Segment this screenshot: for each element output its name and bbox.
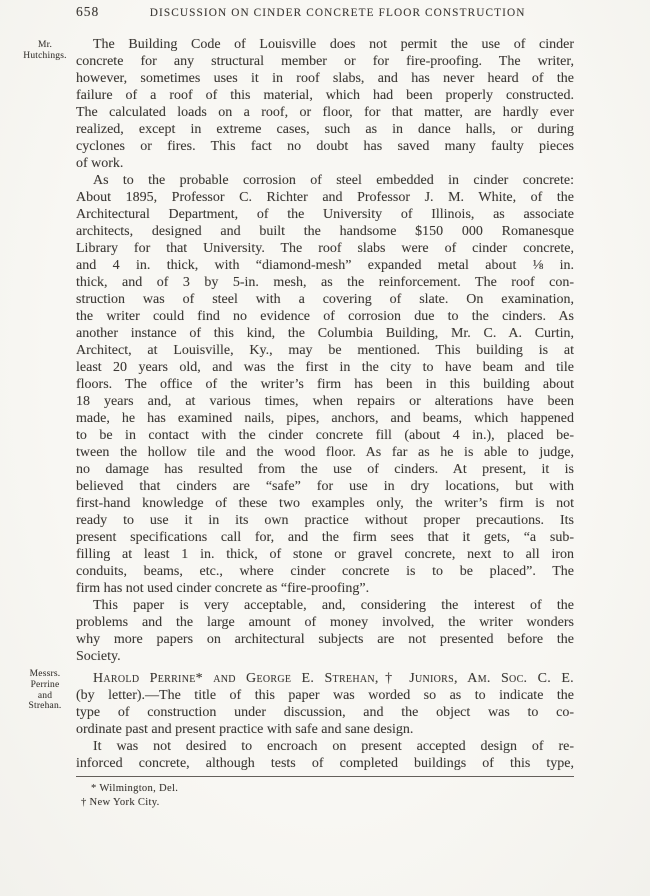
text-line: firm has not used cinder concrete as “fi… xyxy=(76,580,574,597)
text-line: problems and the large amount of money i… xyxy=(76,614,574,631)
text-line: floors. The office of the writer’s firm … xyxy=(76,376,574,393)
text-line: least 20 years old, and was the first in… xyxy=(76,359,574,376)
text-line: About 1895, Professor C. Richter and Pro… xyxy=(76,189,574,206)
text-line: believed that cinders are “safe” for use… xyxy=(76,478,574,495)
text-line: and 4 in. thick, with “diamond-mesh” exp… xyxy=(76,257,574,274)
running-head: 658 DISCUSSION ON CINDER CONCRETE FLOOR … xyxy=(76,4,576,20)
paragraph: It was not desired to encroach on presen… xyxy=(76,738,574,772)
text-line: Society. xyxy=(76,648,574,665)
body-text: The Building Code of Louisville does not… xyxy=(76,36,574,772)
text-line: filling at least 1 in. thick, of stone o… xyxy=(76,546,574,563)
text-line: As to the probable corrosion of steel em… xyxy=(76,172,574,189)
footnote-rule xyxy=(76,776,574,777)
text-line: Harold Perrine* and George E. Strehan,† … xyxy=(76,670,574,687)
text-line: ready to use it in its own practice with… xyxy=(76,512,574,529)
text-line: conduits, beams, etc., where cinder conc… xyxy=(76,563,574,580)
text-line: first-hand knowledge of these two exampl… xyxy=(76,495,574,512)
text-line: The Building Code of Louisville does not… xyxy=(76,36,574,53)
margin-note-line: Strehan. xyxy=(16,701,74,712)
text-line: made, he has examined nails, pipes, anch… xyxy=(76,410,574,427)
text-line: however, sometimes uses it in roof slabs… xyxy=(76,70,574,87)
margin-note-line: Mr. xyxy=(16,40,74,51)
margin-note-line: and xyxy=(16,691,74,702)
margin-note-line: Perrine xyxy=(16,680,74,691)
footnotes: * Wilmington, Del.† New York City. xyxy=(80,782,178,810)
text-line: no damage has resulted from the use of c… xyxy=(76,461,574,478)
text-line: type of construction under discussion, a… xyxy=(76,704,574,721)
text-line: failure of a roof of this material, whic… xyxy=(76,87,574,104)
text-line: the writer could find no evidence of cor… xyxy=(76,308,574,325)
text-line: realized, except in extreme cases, such … xyxy=(76,121,574,138)
paragraph: This paper is very acceptable, and, cons… xyxy=(76,597,574,665)
text-line: cyclones or fires. This fact no doubt ha… xyxy=(76,138,574,155)
text-line: ordinate past and present practice with … xyxy=(76,721,574,738)
text-line: Architectural Department, of the Univers… xyxy=(76,206,574,223)
paragraph: Harold Perrine* and George E. Strehan,† … xyxy=(76,670,574,738)
text-line: of work. xyxy=(76,155,574,172)
text-line: thick, and of 3 by 5-in. mesh, as the re… xyxy=(76,274,574,291)
text-line: present specifications call for, and the… xyxy=(76,529,574,546)
margin-note-perrine-strehan: Messrs.PerrineandStrehan. xyxy=(16,669,74,712)
paragraph: The Building Code of Louisville does not… xyxy=(76,36,574,172)
margin-note-line: Messrs. xyxy=(16,669,74,680)
text-line: It was not desired to encroach on presen… xyxy=(76,738,574,755)
text-line: Library for that University. The roof sl… xyxy=(76,240,574,257)
text-line: Architect, at Louisville, Ky., may be me… xyxy=(76,342,574,359)
text-line: inforced concrete, although tests of com… xyxy=(76,755,574,772)
text-line: tween the hollow tile and the wood floor… xyxy=(76,444,574,461)
page-number: 658 xyxy=(76,4,99,20)
text-line: to be in contact with the cinder concret… xyxy=(76,427,574,444)
margin-note-hutchings: Mr.Hutchings. xyxy=(16,40,74,62)
margin-note-line: Hutchings. xyxy=(16,51,74,62)
text-line: The calculated loads on a roof, or floor… xyxy=(76,104,574,121)
text-line: 18 years and, at various times, when rep… xyxy=(76,393,574,410)
text-line: another instance of this kind, the Colum… xyxy=(76,325,574,342)
text-line: why more papers on architectural subject… xyxy=(76,631,574,648)
text-line: concrete for any structural member or fo… xyxy=(76,53,574,70)
text-line: This paper is very acceptable, and, cons… xyxy=(76,597,574,614)
scanned-paper-page: 658 DISCUSSION ON CINDER CONCRETE FLOOR … xyxy=(0,0,650,896)
paragraph: As to the probable corrosion of steel em… xyxy=(76,172,574,597)
footnote: † New York City. xyxy=(80,796,178,810)
text-line: architects, designed and built the hands… xyxy=(76,223,574,240)
text-line: (by letter).—The title of this paper was… xyxy=(76,687,574,704)
running-title: DISCUSSION ON CINDER CONCRETE FLOOR CONS… xyxy=(99,7,576,19)
text-line: struction was of steel with a covering o… xyxy=(76,291,574,308)
footnote: * Wilmington, Del. xyxy=(80,782,178,796)
